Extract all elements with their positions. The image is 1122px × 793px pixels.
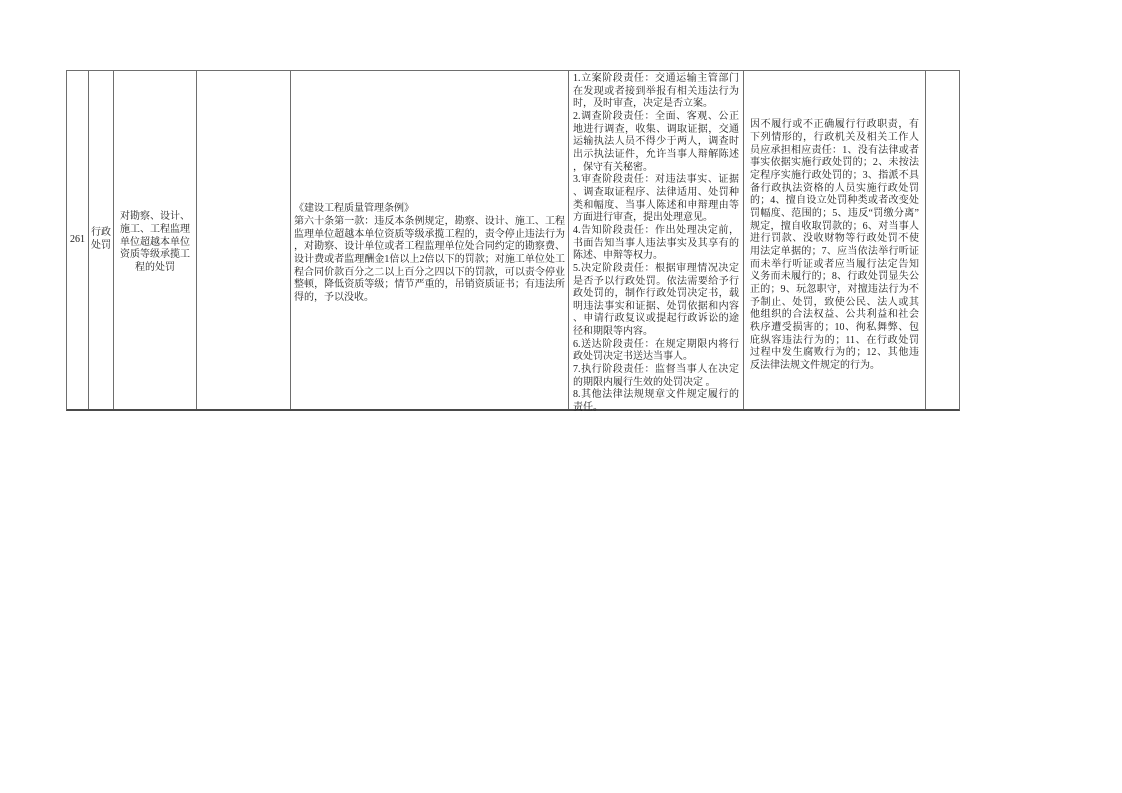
step-item-5: 5.决定阶段责任：根据审理情况决定是否予以行政处罚。依法需要给予行政处罚的，制作… — [573, 263, 739, 339]
item-name-cell: 对勘察、设计、 施工、工程监理 单位超越本单位 资质等级承揽工 程的处罚 — [114, 71, 197, 409]
row-number-cell: 261 — [67, 71, 89, 409]
empty-cell-1 — [197, 71, 291, 409]
legal-basis-cell: 《建设工程质量管理条例》 第六十条第一款：违反本条例规定，勘察、设计、施工、工程… — [291, 71, 569, 409]
document-page: 261 行政处罚 对勘察、设计、 施工、工程监理 单位超越本单位 资质等级承揽工… — [0, 0, 1122, 793]
step-item-3: 3.审查阶段责任：对违法事实、证据、调查取证程序、法律适用、处罚种类和幅度、当事… — [573, 174, 739, 225]
step-item-8: 8.其他法律法规规章文件规定履行的责任。 — [573, 389, 739, 414]
accountability-text: 因不履行或不正确履行行政职责，有下列情形的，行政机关及相关工作人员应承担相应责任… — [750, 119, 919, 372]
step-item-7: 7.执行阶段责任：监督当事人在决定的期限内履行生效的处罚决定 。 — [573, 364, 739, 389]
penalty-table: 261 行政处罚 对勘察、设计、 施工、工程监理 单位超越本单位 资质等级承揽工… — [66, 70, 960, 411]
row-number: 261 — [70, 234, 85, 247]
step-item-2: 2.调查阶段责任：全面、客观、公正地进行调查，收集、调取证据，交通运输执法人员不… — [573, 111, 739, 174]
step-item-4: 4.告知阶段责任：作出处理决定前，书面告知当事人违法事实及其享有的陈述、申辩等权… — [573, 225, 739, 263]
steps-cell: 1.立案阶段责任：交通运输主管部门在发现或者接到举报有相关违法行为时，及时审查，… — [569, 71, 744, 409]
legal-basis-text: 《建设工程质量管理条例》 第六十条第一款：违反本条例规定，勘察、设计、施工、工程… — [294, 203, 565, 304]
empty-cell-2 — [926, 71, 961, 409]
category-label: 行政处罚 — [90, 227, 112, 252]
category-cell: 行政处罚 — [89, 71, 114, 409]
step-item-1: 1.立案阶段责任：交通运输主管部门在发现或者接到举报有相关违法行为时，及时审查，… — [573, 73, 739, 111]
accountability-cell: 因不履行或不正确履行行政职责，有下列情形的，行政机关及相关工作人员应承担相应责任… — [744, 71, 926, 409]
step-item-6: 6.送达阶段责任：在规定期限内将行政处罚决定书送达当事人。 — [573, 339, 739, 364]
item-name-text: 对勘察、设计、 施工、工程监理 单位超越本单位 资质等级承揽工 程的处罚 — [120, 211, 190, 274]
